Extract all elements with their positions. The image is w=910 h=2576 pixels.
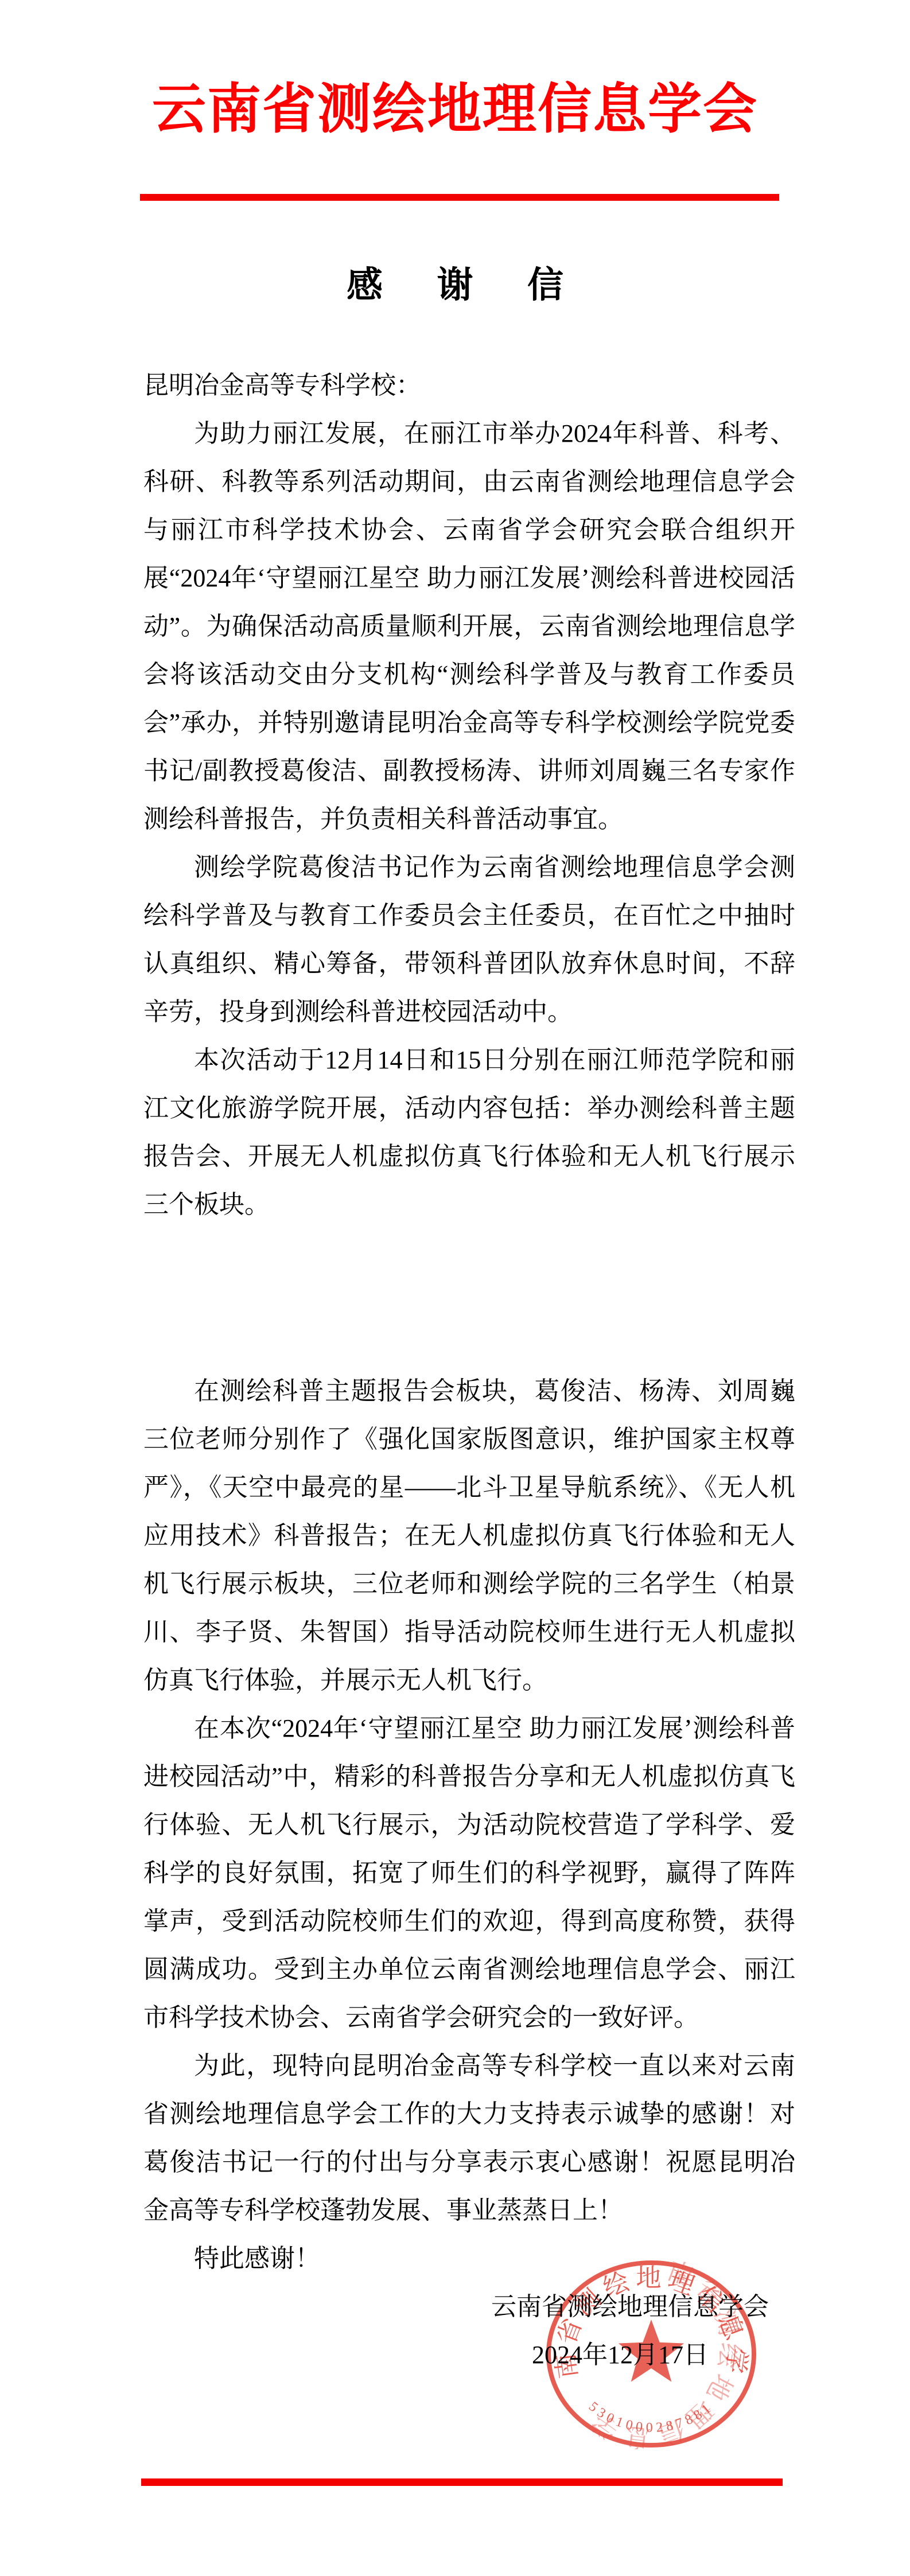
paragraph-4: 在测绘科普主题报告会板块，葛俊洁、杨涛、刘周巍三位老师分别作了《强化国家版图意识… (143, 1367, 795, 1705)
paragraph-2: 测绘学院葛俊洁书记作为云南省测绘地理信息学会测绘科学普及与教育工作委员会主任委员… (143, 843, 795, 1036)
letter-title: 感谢信 (0, 256, 910, 308)
stamp-star-icon (619, 2320, 684, 2382)
paragraph-6: 为此，现特向昆明冶金高等专科学校一直以来对云南省测绘地理信息学会工作的大力支持表… (143, 2042, 795, 2235)
paragraph-1: 为助力丽江发展，在丽江市举办2024年科普、科考、科研、科教等系列活动期间，由云… (143, 410, 795, 843)
header-divider-rule (140, 194, 779, 201)
official-seal-stamp: 云南省测绘地理信息学会 云南省测绘地理信息学会 5301000287881 (545, 2259, 758, 2449)
paragraph-3: 本次活动于12月14日和15日分别在丽江师范学院和丽江文化旅游学院开展，活动内容… (143, 1036, 795, 1229)
letterhead-org-title: 云南省测绘地理信息学会 (0, 81, 910, 138)
paragraph-5: 在本次“2024年‘守望丽江星空 助力丽江发展’测绘科普进校园活动”中，精彩的科… (143, 1705, 795, 2042)
letter-body: 昆明冶金高等专科学校： 为助力丽江发展，在丽江市举办2024年科普、科考、科研、… (143, 361, 795, 2379)
footer-divider-rule (141, 2478, 783, 2486)
salutation: 昆明冶金高等专科学校： (143, 361, 795, 410)
thank-you-letter-page: 云南省测绘地理信息学会 感谢信 昆明冶金高等专科学校： 为助力丽江发展，在丽江市… (0, 0, 910, 2576)
blank-gap (143, 1229, 795, 1367)
